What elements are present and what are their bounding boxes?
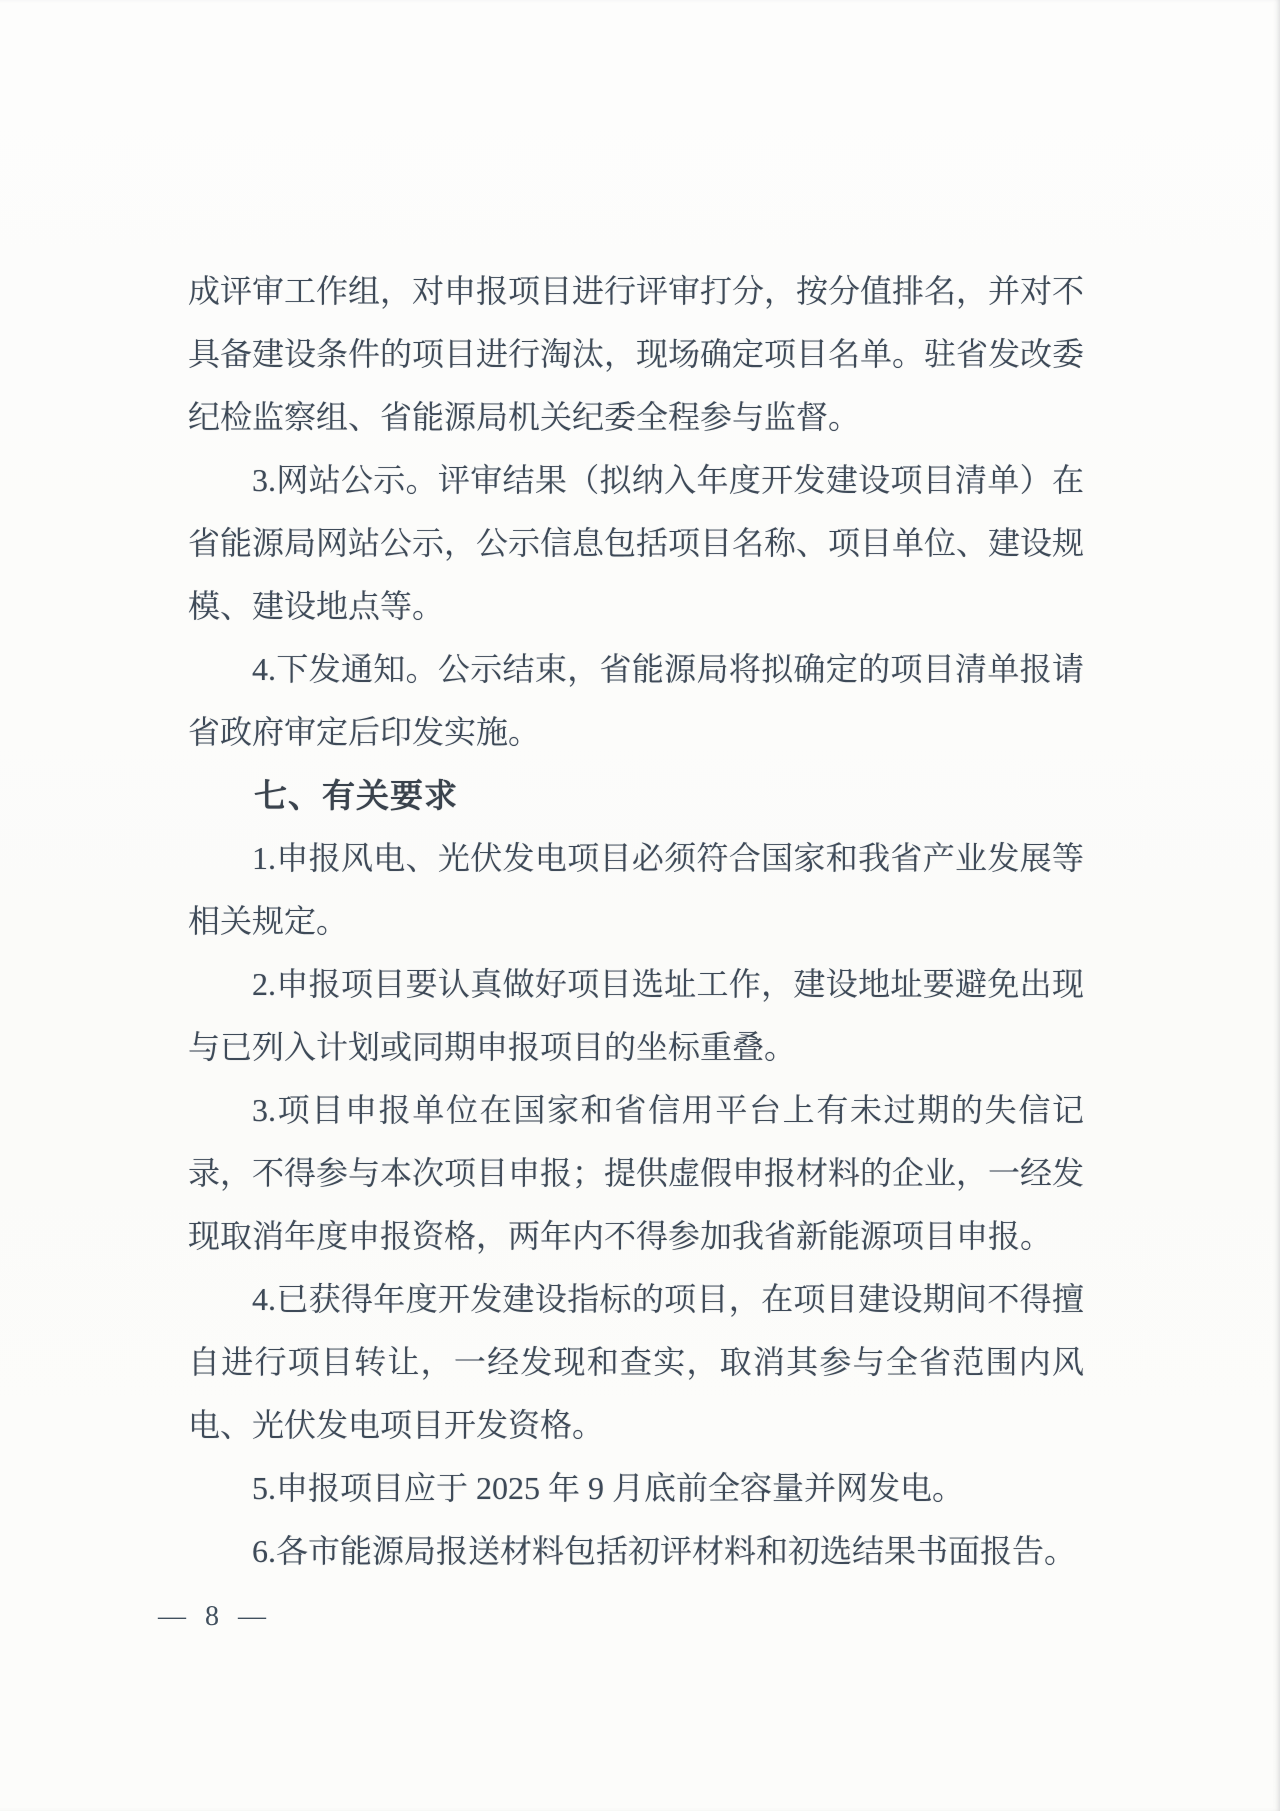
paragraph-issue-notice: 4.下发通知。公示结束，省能源局将拟确定的项目清单报请省政府审定后印发实施。 [188,638,1084,764]
document-body: 成评审工作组，对申报项目进行评审打分，按分值排名，并对不具备建设条件的项目进行淘… [188,260,1084,1583]
paragraph-website-publicity: 3.网站公示。评审结果（拟纳入年度开发建设项目清单）在省能源局网站公示，公示信息… [188,449,1084,638]
paragraph-requirement-5: 5.申报项目应于 2025 年 9 月底前全容量并网发电。 [188,1457,1084,1520]
paragraph-requirement-6: 6.各市能源局报送材料包括初评材料和初选结果书面报告。 [188,1520,1084,1583]
scanned-document-page: { "colors": { "text": "#3E4A58", "headin… [0,0,1280,1811]
document-page: 成评审工作组，对申报项目进行评审打分，按分值排名，并对不具备建设条件的项目进行淘… [0,0,1280,1811]
paragraph-requirement-2: 2.申报项目要认真做好项目选址工作，建设地址要避免出现与已列入计划或同期申报项目… [188,953,1084,1079]
page-number: — 8 — [158,1596,272,1638]
paragraph-requirement-4: 4.已获得年度开发建设指标的项目，在项目建设期间不得擅自进行项目转让，一经发现和… [188,1268,1084,1457]
paragraph-requirement-3: 3.项目申报单位在国家和省信用平台上有未过期的失信记录，不得参与本次项目申报；提… [188,1079,1084,1268]
paragraph-review-scoring: 成评审工作组，对申报项目进行评审打分，按分值排名，并对不具备建设条件的项目进行淘… [188,260,1084,449]
paragraph-requirement-1: 1.申报风电、光伏发电项目必须符合国家和我省产业发展等相关规定。 [188,827,1084,953]
section-heading-requirements: 七、有关要求 [188,764,1084,827]
